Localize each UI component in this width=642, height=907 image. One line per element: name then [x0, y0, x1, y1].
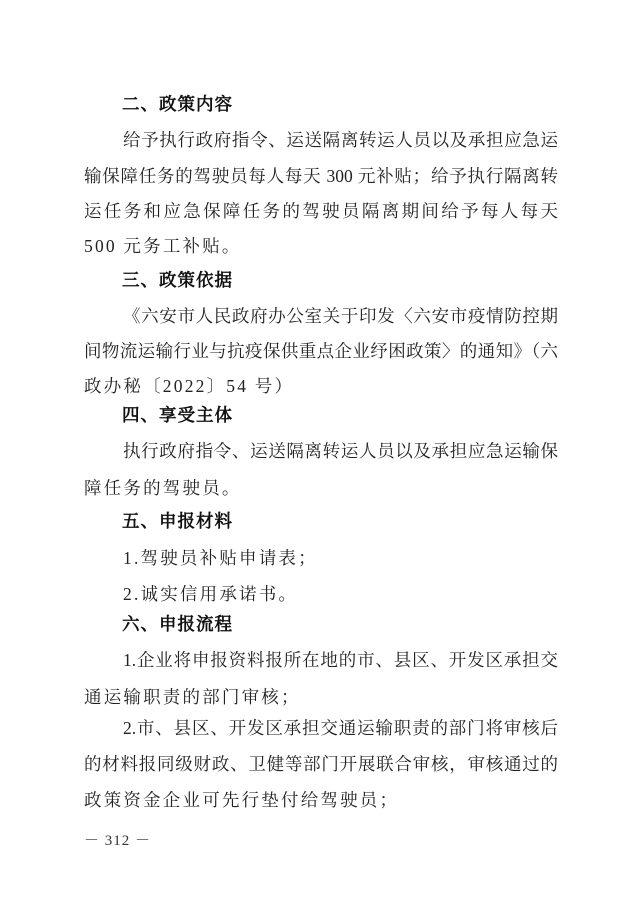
- section-heading-application-process: 六、申报流程: [122, 610, 233, 640]
- paragraph-line: 间物流运输行业与抗疫保供重点企业纾困政策〉的通知》（六: [84, 336, 558, 366]
- page-number: － 312 －: [84, 829, 151, 850]
- list-item: 1.企业将申报资料报所在地的市、县区、开发区承担交: [123, 645, 558, 675]
- document-page: 二、政策内容 给予执行政府指令、运送隔离转运人员以及承担应急运 输保障任务的驾驶…: [0, 0, 642, 907]
- paragraph-line: 政策资金企业可先行垫付给驾驶员；: [84, 785, 558, 815]
- paragraph-line: 输保障任务的驾驶员每人每天 300 元补贴；给予执行隔离转: [84, 161, 558, 191]
- paragraph-line: 给予执行政府指令、运送隔离转运人员以及承担应急运: [123, 125, 558, 155]
- paragraph-line: 《六安市人民政府办公室关于印发〈六安市疫情防控期: [123, 301, 558, 331]
- paragraph-line: 500 元务工补贴。: [84, 231, 558, 261]
- paragraph-line: 障任务的驾驶员。: [84, 473, 558, 503]
- section-heading-application-materials: 五、申报材料: [122, 507, 233, 537]
- paragraph-line: 运任务和应急保障任务的驾驶员隔离期间给予每人每天: [84, 196, 558, 226]
- list-item: 2.诚实信用承诺书。: [123, 579, 558, 609]
- section-heading-policy-content: 二、政策内容: [122, 90, 233, 120]
- list-item: 2.市、县区、开发区承担交通运输职责的部门将审核后: [123, 713, 558, 743]
- paragraph-line: 政办秘〔2022〕54 号）: [84, 371, 558, 401]
- paragraph-line: 通运输职责的部门审核；: [84, 682, 558, 712]
- section-heading-beneficiaries: 四、享受主体: [122, 401, 233, 431]
- section-heading-policy-basis: 三、政策依据: [122, 266, 233, 296]
- list-item: 1.驾驶员补贴申请表；: [123, 543, 558, 573]
- paragraph-line: 的材料报同级财政、卫健等部门开展联合审核，审核通过的: [84, 749, 558, 779]
- paragraph-line: 执行政府指令、运送隔离转运人员以及承担应急运输保: [123, 436, 558, 466]
